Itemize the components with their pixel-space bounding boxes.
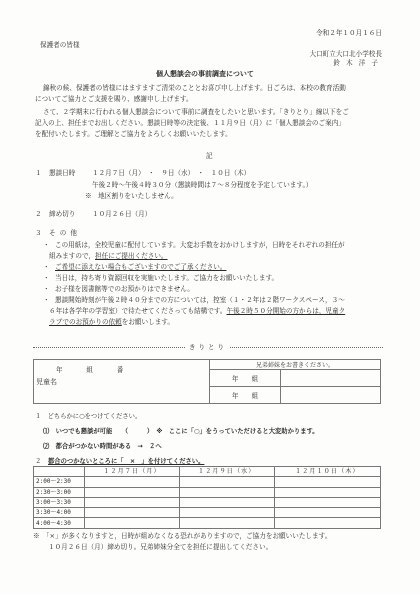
slot-cell[interactable]	[274, 508, 380, 518]
recipient: 保護者の皆様	[40, 41, 80, 49]
section2-label: 締め切り	[49, 210, 75, 218]
header-row: １２月７日（月） １２月９日（水） １２月１０日（木）	[34, 467, 381, 477]
slot-cell[interactable]	[179, 487, 274, 497]
cut-line-label: きりとり	[186, 343, 230, 351]
bullet-1-line-b: 組みますので，担任にご提出ください。	[49, 252, 168, 260]
page-title: 個人懇談会の事前調査について	[156, 70, 254, 78]
slot-cell[interactable]	[85, 497, 180, 507]
sibling-name-1[interactable]	[281, 370, 381, 387]
bullet-5-underlined: 午後２時５０分開始の方からは，児童ク	[227, 307, 346, 315]
intro-p1-l2: についてご協力とご支援を賜り、感謝申し上げます。	[35, 95, 193, 103]
footer-note-2: １０月２６日（月）締め切り。兄弟姉妹分全てを担任に提出してください。	[48, 543, 272, 551]
bullet-mark: ・	[43, 274, 50, 282]
slot-cell[interactable]	[85, 518, 180, 528]
table-row: 3:30～4:00	[34, 508, 381, 518]
section3-label: そ の 他	[49, 229, 78, 237]
bullet-mark: ・	[43, 296, 50, 304]
intro-p2-l2: 記入の上、担任までお出しください。懇談日時等の決定後、１１月９日（月）に「個人懇…	[35, 119, 345, 127]
slot-cell[interactable]	[274, 477, 380, 487]
slot-cell[interactable]	[274, 487, 380, 497]
time-slot: 4:00～4:30	[34, 518, 85, 528]
grade-class-number: 年 組 番	[56, 364, 124, 374]
slot-cell[interactable]	[179, 518, 274, 528]
q2-num: ２	[35, 458, 41, 466]
section1-dates: １２月７日（月） ・ ９日（水） ・ １０日（木）	[92, 169, 250, 177]
time-slot: 2:00～2:30	[34, 477, 85, 487]
child-name-label: 児童名	[36, 377, 57, 387]
bullet-5-plain-c: をお願いします。	[122, 318, 174, 326]
table-row: 4:00～4:30	[34, 518, 381, 528]
col-dec7: １２月７日（月）	[85, 467, 180, 477]
section3-num: ３	[35, 229, 42, 237]
document-date: 令和２年１０月１６日	[316, 29, 382, 37]
sender-name: 鈴 木 洋 子	[333, 59, 380, 67]
ki-heading: 記	[206, 152, 213, 160]
slot-cell[interactable]	[85, 477, 180, 487]
section1-num: １	[35, 169, 42, 177]
intro-p1-l1: 錦秋の候、保護者の皆様にはますますご清栄のこととお喜び申し上げます。日ごろは、本…	[43, 84, 346, 92]
bullet-3: 当日は，持ち寄り資源回収を実施いたします。ご協力をお願いいたします。	[55, 274, 278, 282]
section1-time: 午後２時～午後４時３０分（懇談時間は７～８分程度を予定しています。）	[92, 181, 312, 189]
bullet-5-line-c: ラブでのお預かりの依頼をお願いします。	[49, 318, 174, 326]
corner-cell	[34, 467, 85, 477]
col-dec9: １２月９日（水）	[179, 467, 274, 477]
time-slot: 3:00～3:30	[34, 497, 85, 507]
bullet-1-plain: 組みますので，	[49, 252, 95, 260]
cut-line: きりとり	[33, 343, 383, 351]
time-slot: 2:30～3:00	[34, 487, 85, 497]
q1-option-1[interactable]: ⑴ いつでも懇談が可能 （ ） ※ ここに「○」をうっていただけると大変助かりま…	[43, 428, 319, 436]
slot-cell[interactable]	[85, 487, 180, 497]
bullet-mark: ・	[43, 241, 50, 249]
slot-cell[interactable]	[85, 508, 180, 518]
col-dec10: １２月１０日（木）	[274, 467, 380, 477]
q1-option-2[interactable]: ⑵ 都合がつかない時間がある → ２へ	[43, 443, 162, 451]
intro-p2-l1: さて、２学期末に行われる個人懇談会について事前に調査をしたいと思います。「きりと…	[43, 108, 349, 116]
slot-cell[interactable]	[179, 497, 274, 507]
bullet-5-line-b: ６年は各学年の学習室）で待たせてくださっても結構です。午後２時５０分開始の方から…	[49, 307, 345, 315]
table-row: 3:00～3:30	[34, 497, 381, 507]
q2-title: 都合のつかないところに「 × 」を付けてください。	[48, 458, 204, 466]
table-row: 2:00～2:30	[34, 477, 381, 487]
bullet-5-line-a: 懇談開始時刻が午後２時４０分までの方については，控室（１・２年は２階ワークスペー…	[55, 296, 345, 304]
bullet-5-plain: ６年は各学年の学習室）で待たせてくださっても結構です。	[49, 307, 227, 315]
siblings-header: 兄弟姉妹をお書きください。	[210, 360, 381, 370]
slot-cell[interactable]	[179, 477, 274, 487]
bullet-1-underlined: 担任にご提出ください。	[95, 252, 168, 260]
section2-value: １０月２６日（月）	[92, 210, 151, 218]
section2-num: ２	[35, 210, 42, 218]
bullet-1-line-a: この用紙は，全校児童に配付しています。大変お手数をおかけしますが，日時をそれぞれ…	[55, 241, 345, 249]
bullet-5-underlined-c: ラブでのお預かりの依頼	[49, 318, 122, 326]
sibling-grade-class-2: 年 組	[210, 387, 281, 404]
sibling-grade-class-1: 年 組	[210, 370, 281, 387]
slot-cell[interactable]	[274, 497, 380, 507]
time-slot: 3:30～4:00	[34, 508, 85, 518]
table-row: 2:30～3:00	[34, 487, 381, 497]
section1-label: 懇談日時	[49, 169, 75, 177]
bullet-2: ご希望に添えない場合もございますのでご了承ください。	[55, 263, 226, 271]
sibling-name-2[interactable]	[281, 387, 381, 404]
slot-cell[interactable]	[274, 518, 380, 528]
slot-cell[interactable]	[179, 508, 274, 518]
bullet-4: お子様を図書館等でのお預かりはできません。	[55, 285, 194, 293]
intro-p2-l3: を配付いたします。ご理解とご協力をよろしくお願いいたします。	[35, 130, 232, 138]
bullet-mark: ・	[43, 285, 50, 293]
availability-table: １２月７日（月） １２月９日（水） １２月１０日（木） 2:00～2:30 2:…	[33, 466, 381, 529]
bullet-mark: ・	[43, 263, 50, 271]
section1-note: ※ 地区割りをいたしません。	[85, 192, 178, 200]
q1-title: １ どちらかに○をつけてください。	[35, 413, 141, 421]
student-cell[interactable]: 年 組 番 児童名	[34, 360, 210, 404]
student-info-table: 年 組 番 児童名 兄弟姉妹をお書きください。 年 組 年 組	[33, 359, 381, 404]
sender-org: 大口町立大口北小学校長	[309, 50, 382, 58]
footer-note-1: ※ 「×」が多くなりますと，日時が組めなくなる恐れがありますので，ご協力をお願い…	[33, 532, 331, 540]
